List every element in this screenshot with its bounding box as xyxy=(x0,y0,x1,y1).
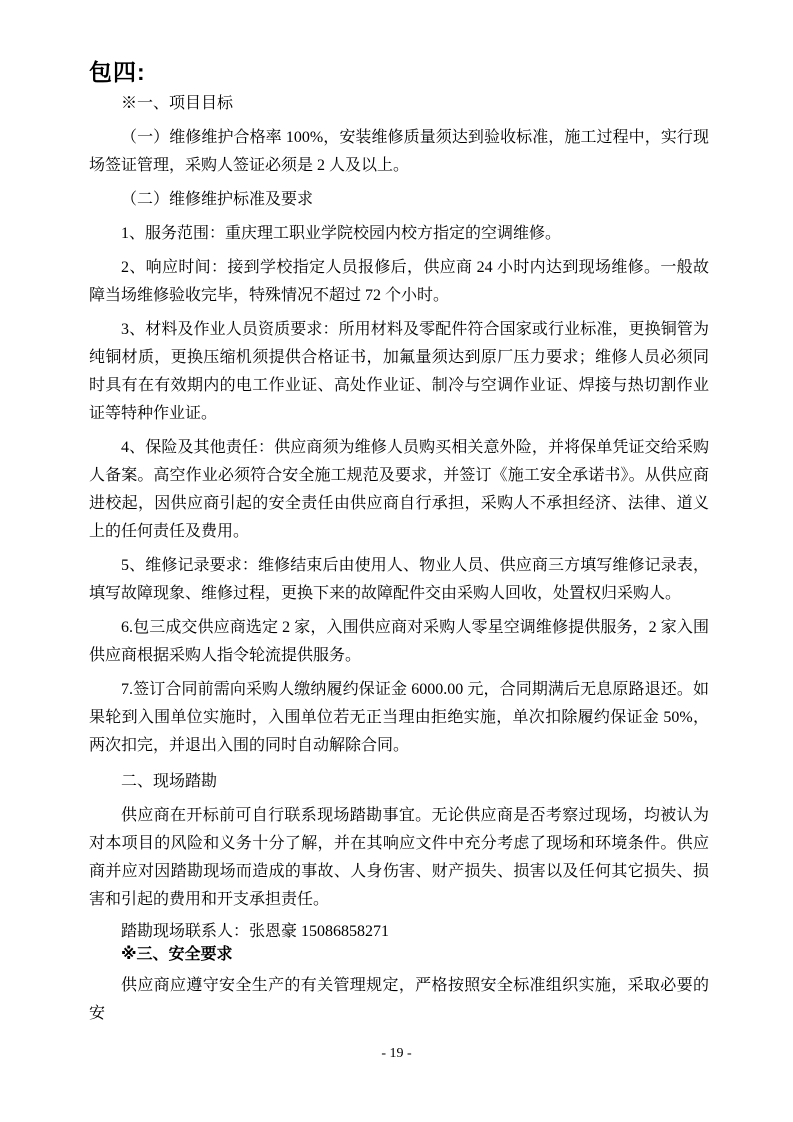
para-performance-bond: 7.签订合同前需向采购人缴纳履约保证金 6000.00 元，合同期满后无息原路退… xyxy=(89,676,709,760)
section-1-2-heading: （二）维修维护标准及要求 xyxy=(89,186,709,214)
section-3-heading: ※三、安全要求 xyxy=(89,943,709,966)
para-response-time: 2、响应时间：接到学校指定人员报修后，供应商 24 小时内达到现场维修。一般故障… xyxy=(89,254,709,310)
para-supplier-selection: 6.包三成交供应商选定 2 家，入围供应商对采购人零星空调维修提供服务，2 家入… xyxy=(89,614,709,670)
para-survey-contact: 踏勘现场联系人：张恩豪 15086858271 xyxy=(89,920,709,943)
para-site-survey-body: 供应商在开标前可自行联系现场踏勘事宜。无论供应商是否考察过现场，均被认为对本项目… xyxy=(89,802,709,914)
para-service-scope: 1、服务范围：重庆理工职业学院校园内校方指定的空调维修。 xyxy=(89,220,709,248)
para-repair-records: 5、维修记录要求：维修结束后由使用人、物业人员、供应商三方填写维修记录表，填写故… xyxy=(89,552,709,608)
para-materials-qualifications: 3、材料及作业人员资质要求：所用材料及零配件符合国家或行业标准，更换铜管为纯铜材… xyxy=(89,316,709,428)
section-1-heading: ※一、项目目标 xyxy=(89,90,709,118)
page-number: - 19 - xyxy=(381,1046,411,1061)
section-2-heading: 二、现场踏勘 xyxy=(89,768,709,796)
para-pass-rate: （一）维修维护合格率 100%，安装维修质量须达到验收标准，施工过程中，实行现场… xyxy=(89,124,709,180)
para-insurance-liability: 4、保险及其他责任：供应商须为维修人员购买相关意外险，并将保单凭证交给采购人备案… xyxy=(89,434,709,546)
para-safety-body: 供应商应遵守安全生产的有关管理规定，严格按照安全标准组织实施，采取必要的安 xyxy=(89,972,709,1028)
document-body: 包四: ※一、项目目标 （一）维修维护合格率 100%，安装维修质量须达到验收标… xyxy=(89,56,709,1034)
document-page: 包四: ※一、项目目标 （一）维修维护合格率 100%，安装维修质量须达到验收标… xyxy=(0,0,793,1122)
package-title: 包四: xyxy=(89,56,709,88)
page-footer: - 19 - xyxy=(0,1046,793,1062)
